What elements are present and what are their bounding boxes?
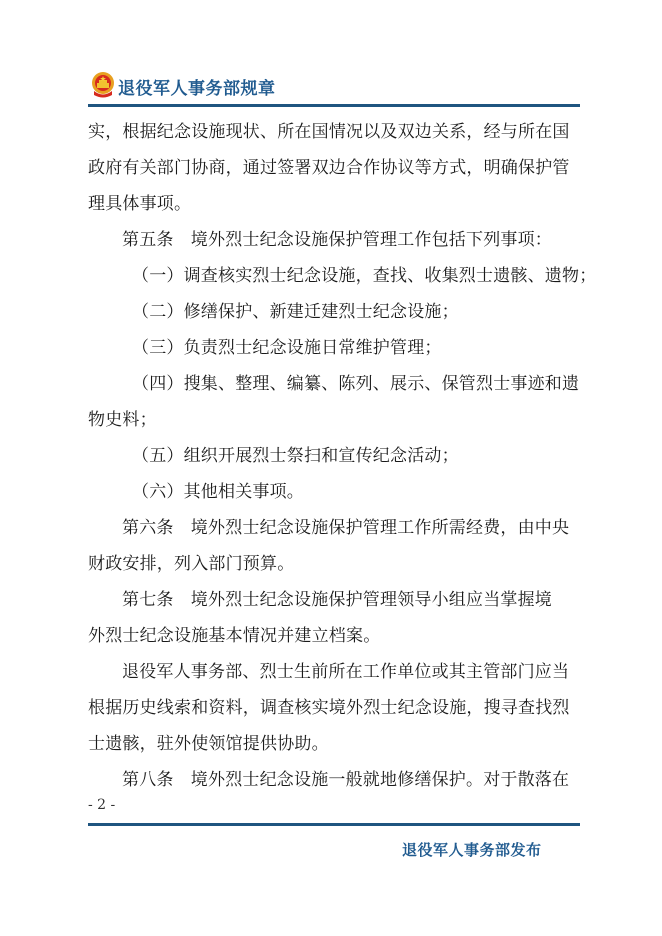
text-line: 根据历史线索和资料，调查核实境外烈士纪念设施，搜寻查找烈 [88,690,584,726]
text-line: 财政安排，列入部门预算。 [88,546,584,582]
document-body: 实，根据纪念设施现状、所在国情况以及双边关系，经与所在国 政府有关部门协商，通过… [88,114,584,798]
header-title: 退役军人事务部规章 [118,74,276,99]
article-6-heading: 第六条 境外烈士纪念设施保护管理工作所需经费，由中央 [88,510,584,546]
publisher-label: 退役军人事务部发布 [402,839,542,860]
list-item: （一）调查核实烈士纪念设施，查找、收集烈士遗骸、遗物； [88,258,584,294]
list-item: （六）其他相关事项。 [88,474,584,510]
footer-divider [88,823,580,826]
text-line: 物史料； [88,402,584,438]
list-item: （三）负责烈士纪念设施日常维护管理； [88,330,584,366]
document-header: 退役军人事务部规章 [88,68,580,108]
header-divider [88,104,580,107]
text-line: 实，根据纪念设施现状、所在国情况以及双边关系，经与所在国 [88,114,584,150]
list-item: （二）修缮保护、新建迁建烈士纪念设施； [88,294,584,330]
list-item: （四）搜集、整理、编纂、陈列、展示、保管烈士事迹和遗 [88,366,584,402]
text-line: 士遗骸，驻外使领馆提供协助。 [88,726,584,762]
text-line: 外烈士纪念设施基本情况并建立档案。 [88,618,584,654]
article-7-heading: 第七条 境外烈士纪念设施保护管理领导小组应当掌握境 [88,582,584,618]
national-emblem-icon [90,71,116,99]
article-5-heading: 第五条 境外烈士纪念设施保护管理工作包括下列事项： [88,222,584,258]
page-number: - 2 - [88,797,115,813]
article-8-heading: 第八条 境外烈士纪念设施一般就地修缮保护。对于散落在 [88,762,584,798]
text-line: 理具体事项。 [88,186,584,222]
text-line: 政府有关部门协商，通过签署双边合作协议等方式，明确保护管 [88,150,584,186]
list-item: （五）组织开展烈士祭扫和宣传纪念活动； [88,438,584,474]
paragraph-start: 退役军人事务部、烈士生前所在工作单位或其主管部门应当 [88,654,584,690]
